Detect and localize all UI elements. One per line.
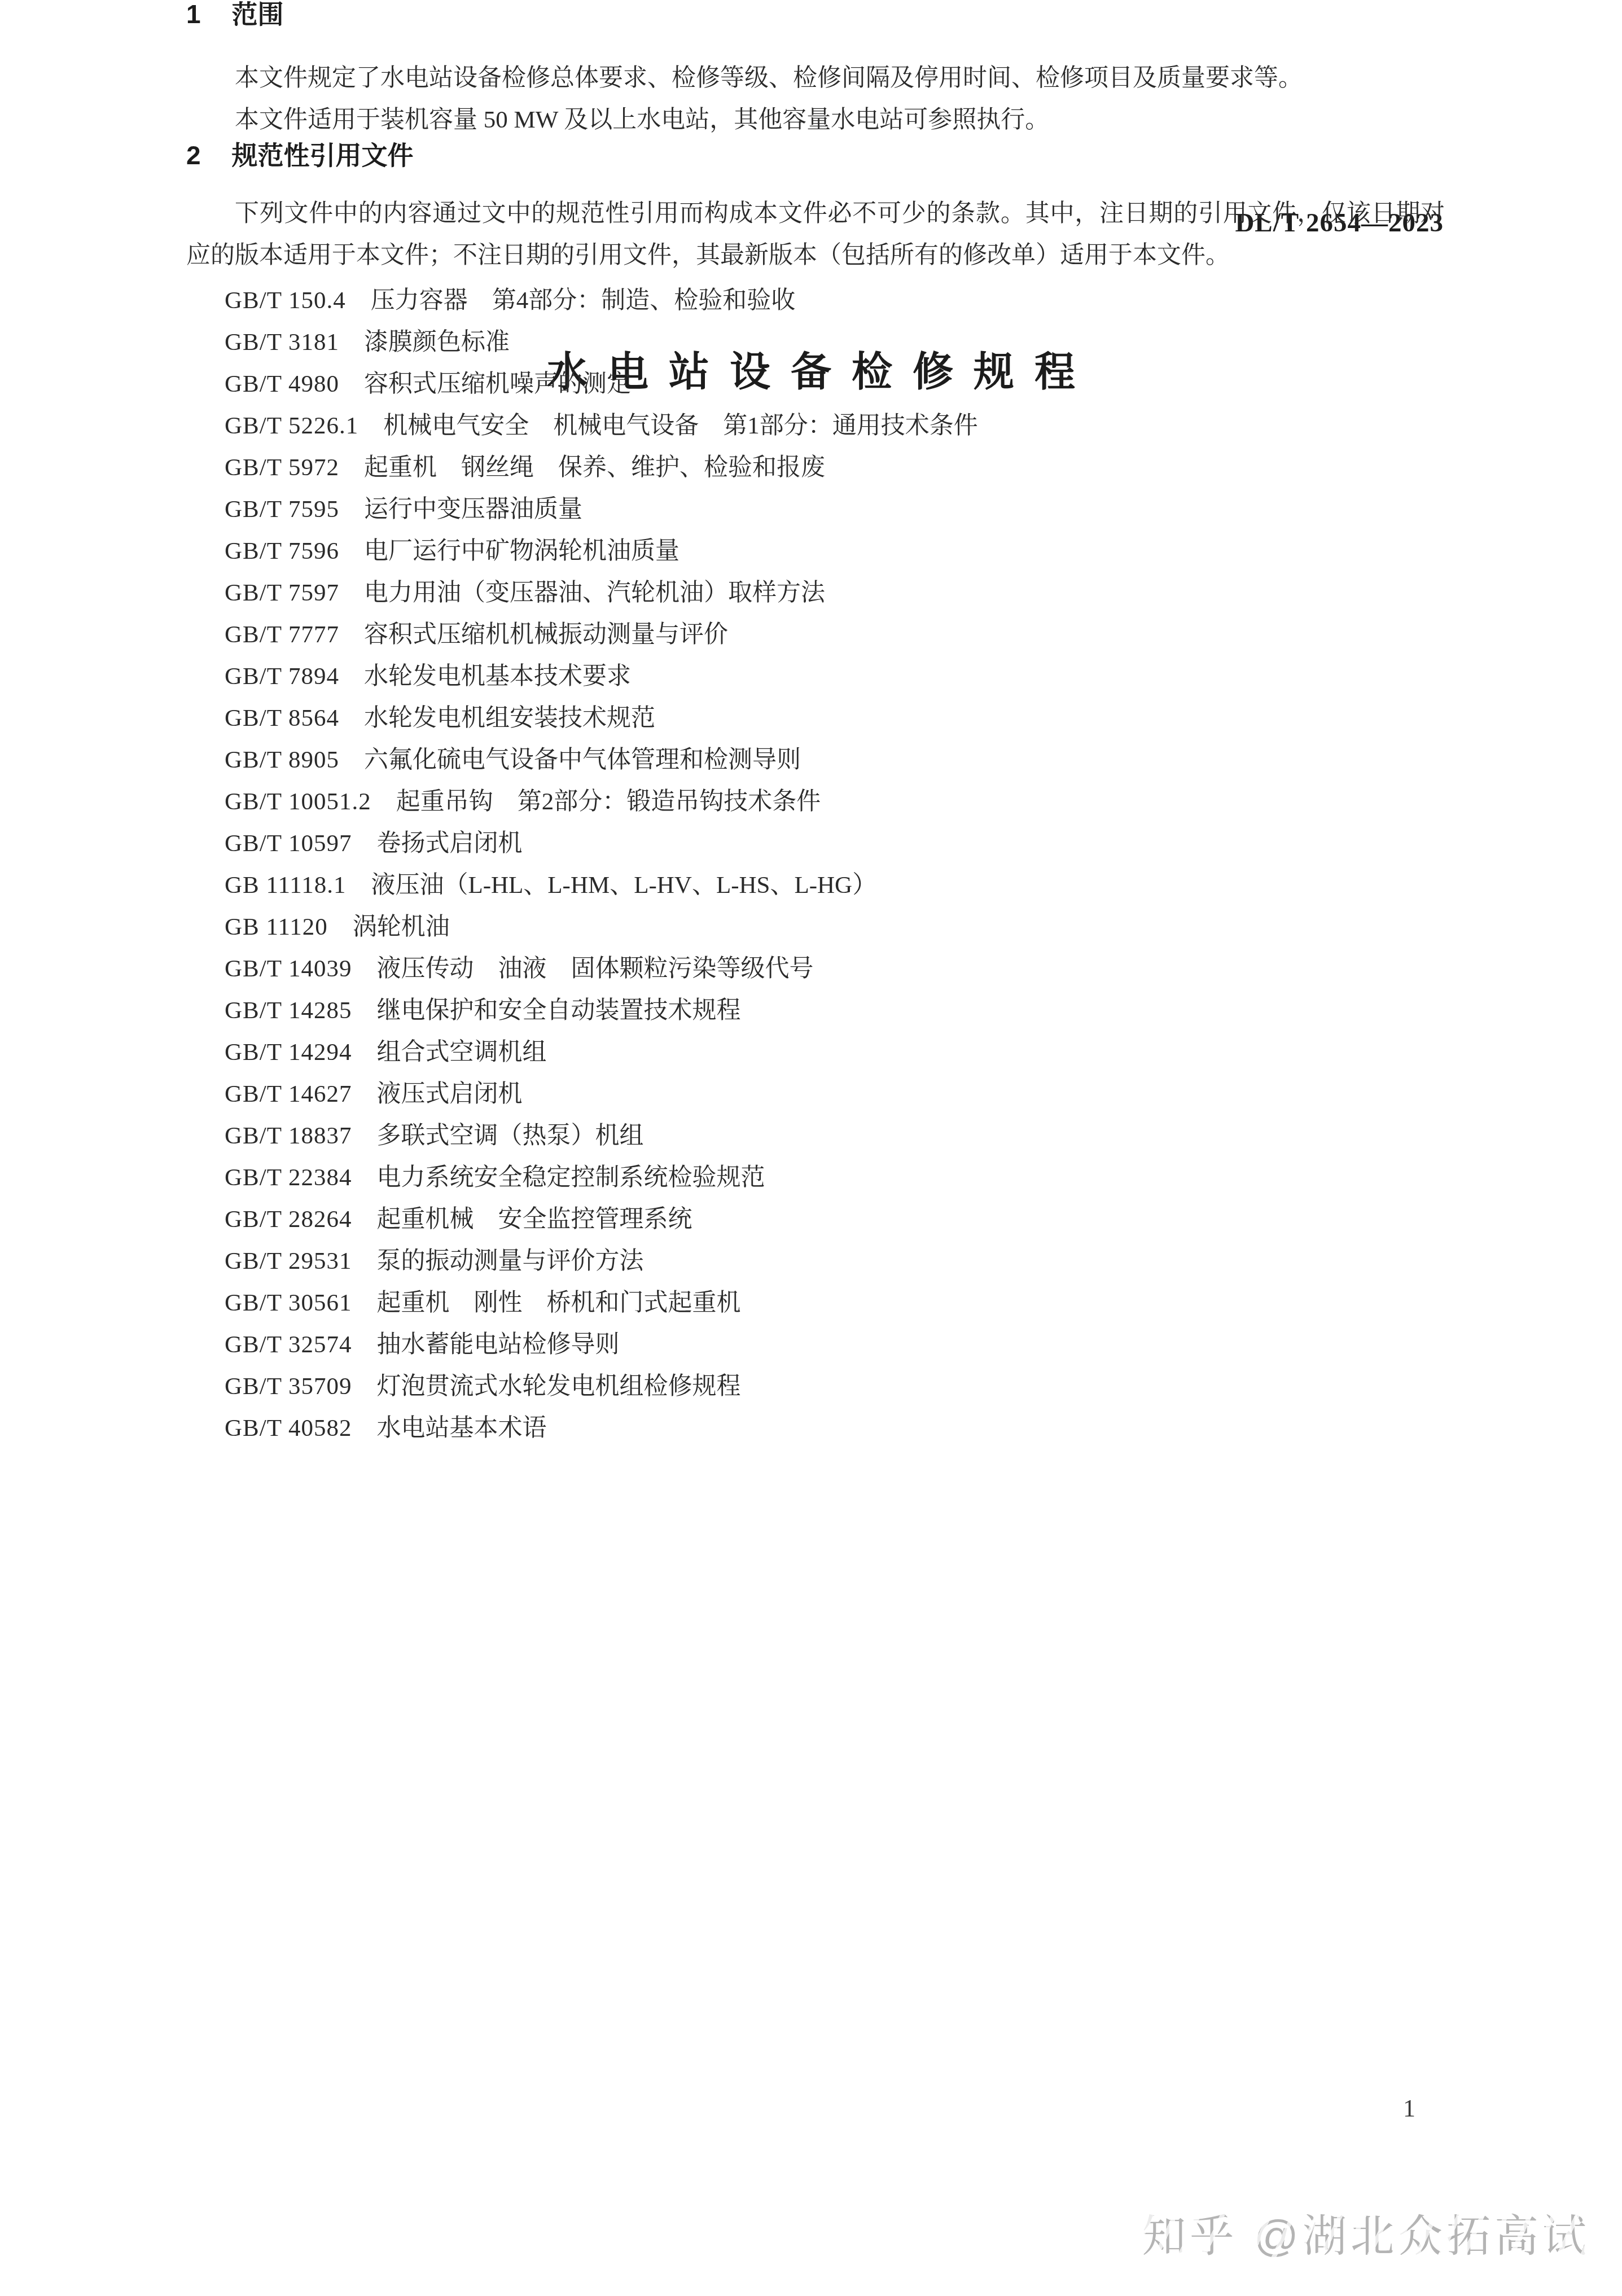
reference-title: 涡轮机油 (353, 914, 450, 940)
reference-item: GB/T 14294组合式空调机组 (225, 1032, 1445, 1073)
reference-code: GB/T 7777 (225, 621, 339, 648)
reference-code: GB/T 10597 (225, 830, 352, 857)
reference-item: GB/T 150.4压力容器 第4部分：制造、检验和验收 (225, 280, 1445, 322)
section-heading-scope: 1 范围 (186, 0, 1445, 28)
reference-code: GB/T 10051.2 (225, 788, 371, 815)
reference-code: GB/T 7597 (225, 580, 339, 606)
reference-item: GB/T 29531泵的振动测量与评价方法 (225, 1241, 1445, 1282)
reference-code: GB/T 30561 (225, 1290, 352, 1316)
reference-title: 水轮发电机组安装技术规范 (364, 705, 655, 731)
reference-code: GB/T 7596 (225, 538, 339, 564)
reference-item: GB/T 22384电力系统安全稳定控制系统检验规范 (225, 1157, 1445, 1199)
reference-item: GB/T 18837多联式空调（热泵）机组 (225, 1115, 1445, 1157)
reference-code: GB/T 7595 (225, 496, 339, 523)
reference-item: GB/T 40582水电站基本术语 (225, 1408, 1445, 1449)
reference-code: GB/T 3181 (225, 329, 339, 356)
reference-title: 灯泡贯流式水轮发电机组检修规程 (376, 1373, 740, 1400)
reference-title: 继电保护和安全自动装置技术规程 (376, 997, 740, 1024)
section-title: 规范性引用文件 (231, 141, 413, 170)
reference-code: GB 11118.1 (225, 872, 346, 899)
reference-title: 水轮发电机基本技术要求 (364, 663, 631, 690)
reference-item: GB/T 8905六氟化硫电气设备中气体管理和检测导则 (225, 739, 1445, 781)
reference-title: 机械电气安全 机械电气设备 第1部分：通用技术条件 (383, 413, 978, 439)
document-body: 1 范围 本文件规定了水电站设备检修总体要求、检修等级、检修间隔及停用时间、检修… (186, 0, 1445, 1449)
reference-item: GB/T 14039液压传动 油液 固体颗粒污染等级代号 (225, 948, 1445, 990)
reference-item: GB/T 7596电厂运行中矿物涡轮机油质量 (225, 531, 1445, 572)
reference-code: GB/T 22384 (225, 1164, 352, 1191)
document-page: DL/T 2654—2023 水电站设备检修规程 1 范围 本文件规定了水电站设… (0, 0, 1622, 2296)
reference-item: GB/T 10597卷扬式启闭机 (225, 823, 1445, 865)
reference-item: GB/T 5972起重机 钢丝绳 保养、维护、检验和报废 (225, 447, 1445, 489)
reference-item: GB 11118.1液压油（L-HL、L-HM、L-HV、L-HS、L-HG） (225, 865, 1445, 906)
reference-code: GB/T 14294 (225, 1039, 352, 1066)
reference-code: GB/T 4980 (225, 371, 339, 397)
reference-title: 组合式空调机组 (376, 1039, 546, 1066)
reference-code: GB/T 14039 (225, 956, 352, 982)
reference-code: GB/T 14627 (225, 1081, 352, 1107)
reference-title: 电力系统安全稳定控制系统检验规范 (376, 1164, 765, 1191)
reference-code: GB/T 18837 (225, 1123, 352, 1149)
reference-item: GB/T 7597电力用油（变压器油、汽轮机油）取样方法 (225, 572, 1445, 614)
reference-title: 漆膜颜色标准 (364, 329, 510, 356)
reference-title: 液压式启闭机 (376, 1081, 522, 1107)
reference-item: GB/T 32574抽水蓄能电站检修导则 (225, 1324, 1445, 1366)
paragraph: 下列文件中的内容通过文中的规范性引用而构成本文件必不可少的条款。其中，注日期的引… (186, 193, 1445, 277)
reference-title: 起重机 钢丝绳 保养、维护、检验和报废 (364, 454, 825, 481)
reference-title: 水电站基本术语 (376, 1415, 546, 1441)
section-title: 范围 (231, 0, 283, 29)
reference-code: GB/T 32574 (225, 1331, 352, 1358)
paragraph: 本文件规定了水电站设备检修总体要求、检修等级、检修间隔及停用时间、检修项目及质量… (186, 58, 1445, 99)
reference-title: 液压油（L-HL、L-HM、L-HV、L-HS、L-HG） (371, 872, 876, 899)
reference-title: 六氟化硫电气设备中气体管理和检测导则 (364, 747, 801, 773)
reference-code: GB/T 5972 (225, 454, 339, 481)
reference-code: GB/T 8905 (225, 747, 339, 773)
page-number: 1 (1403, 2094, 1415, 2123)
reference-title: 多联式空调（热泵）机组 (376, 1123, 643, 1149)
reference-item: GB/T 5226.1机械电气安全 机械电气设备 第1部分：通用技术条件 (225, 405, 1445, 447)
reference-title: 起重机械 安全监控管理系统 (376, 1206, 692, 1233)
reference-code: GB/T 150.4 (225, 287, 346, 314)
reference-list: GB/T 150.4压力容器 第4部分：制造、检验和验收GB/T 3181漆膜颜… (186, 280, 1445, 1449)
reference-title: 起重吊钩 第2部分：锻造吊钩技术条件 (396, 788, 821, 815)
reference-title: 起重机 刚性 桥机和门式起重机 (376, 1290, 740, 1316)
section-heading-normative-references: 2 规范性引用文件 (186, 141, 1445, 169)
reference-item: GB/T 14627液压式启闭机 (225, 1073, 1445, 1115)
reference-item: GB/T 7777容积式压缩机机械振动测量与评价 (225, 614, 1445, 656)
reference-title: 容积式压缩机噪声的测定 (364, 371, 631, 397)
reference-item: GB/T 7595运行中变压器油质量 (225, 489, 1445, 531)
reference-item: GB/T 14285继电保护和安全自动装置技术规程 (225, 990, 1445, 1032)
section-number: 2 (186, 141, 201, 170)
reference-title: 抽水蓄能电站检修导则 (376, 1331, 619, 1358)
reference-title: 电厂运行中矿物涡轮机油质量 (364, 538, 680, 564)
reference-title: 卷扬式启闭机 (376, 830, 522, 857)
reference-title: 液压传动 油液 固体颗粒污染等级代号 (376, 956, 813, 982)
reference-title: 运行中变压器油质量 (364, 496, 582, 523)
reference-item: GB 11120涡轮机油 (225, 906, 1445, 948)
reference-code: GB/T 8564 (225, 705, 339, 731)
reference-code: GB/T 5226.1 (225, 413, 358, 439)
reference-code: GB/T 40582 (225, 1415, 352, 1441)
section-number: 1 (186, 0, 201, 29)
reference-title: 容积式压缩机机械振动测量与评价 (364, 621, 728, 648)
reference-item: GB/T 28264起重机械 安全监控管理系统 (225, 1199, 1445, 1241)
reference-code: GB/T 29531 (225, 1248, 352, 1274)
reference-title: 电力用油（变压器油、汽轮机油）取样方法 (364, 580, 825, 606)
paragraph: 本文件适用于装机容量 50 MW 及以上水电站，其他容量水电站可参照执行。 (186, 99, 1445, 141)
reference-code: GB/T 14285 (225, 997, 352, 1024)
reference-code: GB 11120 (225, 914, 328, 940)
reference-item: GB/T 35709灯泡贯流式水轮发电机组检修规程 (225, 1366, 1445, 1408)
reference-item: GB/T 10051.2起重吊钩 第2部分：锻造吊钩技术条件 (225, 781, 1445, 823)
reference-item: GB/T 7894水轮发电机基本技术要求 (225, 656, 1445, 698)
reference-item: GB/T 3181漆膜颜色标准 (225, 322, 1445, 363)
reference-item: GB/T 8564水轮发电机组安装技术规范 (225, 698, 1445, 739)
reference-title: 压力容器 第4部分：制造、检验和验收 (371, 287, 796, 314)
reference-code: GB/T 35709 (225, 1373, 352, 1400)
watermark: 知乎 @湖北众拓高试 (1142, 2201, 1590, 2264)
reference-code: GB/T 7894 (225, 663, 339, 690)
reference-code: GB/T 28264 (225, 1206, 352, 1233)
reference-item: GB/T 30561起重机 刚性 桥机和门式起重机 (225, 1282, 1445, 1324)
reference-item: GB/T 4980容积式压缩机噪声的测定 (225, 363, 1445, 405)
reference-title: 泵的振动测量与评价方法 (376, 1248, 643, 1274)
